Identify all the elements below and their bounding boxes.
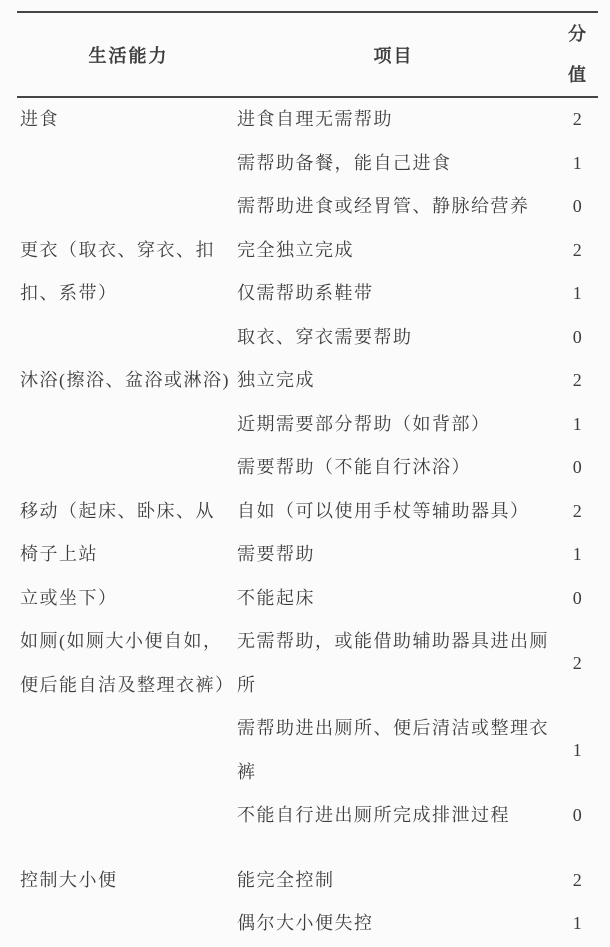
table-row: 需帮助进食或经胃管、静脉给营养 0: [0, 185, 610, 229]
header-score-line2: 值: [550, 55, 606, 96]
score-cell: 1: [550, 902, 606, 946]
item-line: 所: [237, 664, 550, 708]
item-cell: 偶尔大小便失控: [237, 902, 550, 946]
item-cell: 完全独立完成: [237, 229, 550, 273]
item-cell: 需要帮助: [237, 533, 550, 577]
item-cell: 近期需要部分帮助（如背部）: [237, 403, 550, 447]
ability-cell: 沐浴(擦浴、盆浴或淋浴): [20, 359, 237, 403]
header-item: 项目: [237, 13, 550, 96]
table-row: 需帮助备餐，能自己进食 1: [0, 142, 610, 186]
adl-assessment-table-page: 生活能力 项目 分 值 进食 进食自理无需帮助 2 需帮助备餐，能自己进食 1 …: [0, 0, 610, 947]
score-cell: 2: [550, 653, 606, 674]
table-row: 椅子上站 需要帮助 1: [0, 533, 610, 577]
score-cell: 1: [550, 272, 606, 316]
score-cell: 1: [550, 740, 606, 761]
score-cell: 2: [550, 859, 606, 903]
score-cell: 0: [550, 577, 606, 621]
score-cell: 1: [550, 142, 606, 186]
header-score: 分 值: [550, 13, 606, 96]
item-cell: 进食自理无需帮助: [237, 98, 550, 142]
header-score-line1: 分: [550, 14, 606, 55]
table-row: 控制大小便 能完全控制 2: [0, 859, 610, 903]
item-cell: 无需帮助，或能借助辅助器具进出厕 所: [237, 620, 550, 707]
item-line: 裤: [237, 751, 550, 795]
item-cell: 能完全控制: [237, 859, 550, 903]
score-cell: 0: [550, 446, 606, 490]
ability-cell: 进食: [20, 98, 237, 142]
score-cell: 0: [550, 794, 606, 838]
table-row: 如厕(如厕大小便自如， 便后能自洁及整理衣裤） 无需帮助，或能借助辅助器具进出厕…: [0, 620, 610, 707]
item-line: 需帮助进出厕所、便后清洁或整理衣: [237, 707, 550, 751]
ability-cell: 立或坐下）: [20, 577, 237, 621]
table-row: 更衣（取衣、穿衣、扣 完全独立完成 2: [0, 229, 610, 273]
item-cell: 不能起床: [237, 577, 550, 621]
score-cell: 2: [550, 359, 606, 403]
ability-cell: 更衣（取衣、穿衣、扣: [20, 229, 237, 273]
section-spacer: [0, 838, 610, 859]
score-cell: 1: [550, 403, 606, 447]
table-row: 取衣、穿衣需要帮助 0: [0, 316, 610, 360]
item-cell: 取衣、穿衣需要帮助: [237, 316, 550, 360]
item-cell: 独立完成: [237, 359, 550, 403]
table-row: 移动（起床、卧床、从 自如（可以使用手杖等辅助器具） 2: [0, 490, 610, 534]
score-cell: 2: [550, 490, 606, 534]
score-cell: 0: [550, 316, 606, 360]
ability-cell: 椅子上站: [20, 533, 237, 577]
ability-cell: 控制大小便: [20, 859, 237, 903]
item-cell: 需要帮助（不能自行沐浴）: [237, 446, 550, 490]
score-cell: 1: [550, 533, 606, 577]
table-row: 不能自行进出厕所完成排泄过程 0: [0, 794, 610, 838]
header-ability: 生活能力: [20, 13, 237, 96]
item-cell: 自如（可以使用手杖等辅助器具）: [237, 490, 550, 534]
ability-line: 便后能自洁及整理衣裤）: [20, 664, 237, 708]
ability-cell: 如厕(如厕大小便自如， 便后能自洁及整理衣裤）: [20, 620, 237, 707]
score-cell: 2: [550, 229, 606, 273]
ability-line: 如厕(如厕大小便自如，: [20, 620, 237, 664]
item-cell: 需帮助进出厕所、便后清洁或整理衣 裤: [237, 707, 550, 794]
table-row: 沐浴(擦浴、盆浴或淋浴) 独立完成 2: [0, 359, 610, 403]
table-row: 扣、系带） 仅需帮助系鞋带 1: [0, 272, 610, 316]
table-row: 偶尔大小便失控 1: [0, 902, 610, 946]
item-cell: 需帮助备餐，能自己进食: [237, 142, 550, 186]
table-row: 进食 进食自理无需帮助 2: [0, 98, 610, 142]
score-cell: 2: [550, 98, 606, 142]
table-header-row: 生活能力 项目 分 值: [0, 13, 610, 96]
table-row: 需要帮助（不能自行沐浴） 0: [0, 446, 610, 490]
table-body: 进食 进食自理无需帮助 2 需帮助备餐，能自己进食 1 需帮助进食或经胃管、静脉…: [0, 98, 610, 946]
score-cell: 0: [550, 185, 606, 229]
table-row: 立或坐下） 不能起床 0: [0, 577, 610, 621]
ability-cell: 移动（起床、卧床、从: [20, 490, 237, 534]
table-row: 近期需要部分帮助（如背部） 1: [0, 403, 610, 447]
table-row: 需帮助进出厕所、便后清洁或整理衣 裤 1: [0, 707, 610, 794]
item-line: 无需帮助，或能借助辅助器具进出厕: [237, 620, 550, 664]
item-cell: 仅需帮助系鞋带: [237, 272, 550, 316]
item-cell: 不能自行进出厕所完成排泄过程: [237, 794, 550, 838]
ability-cell: 扣、系带）: [20, 272, 237, 316]
item-cell: 需帮助进食或经胃管、静脉给营养: [237, 185, 550, 229]
